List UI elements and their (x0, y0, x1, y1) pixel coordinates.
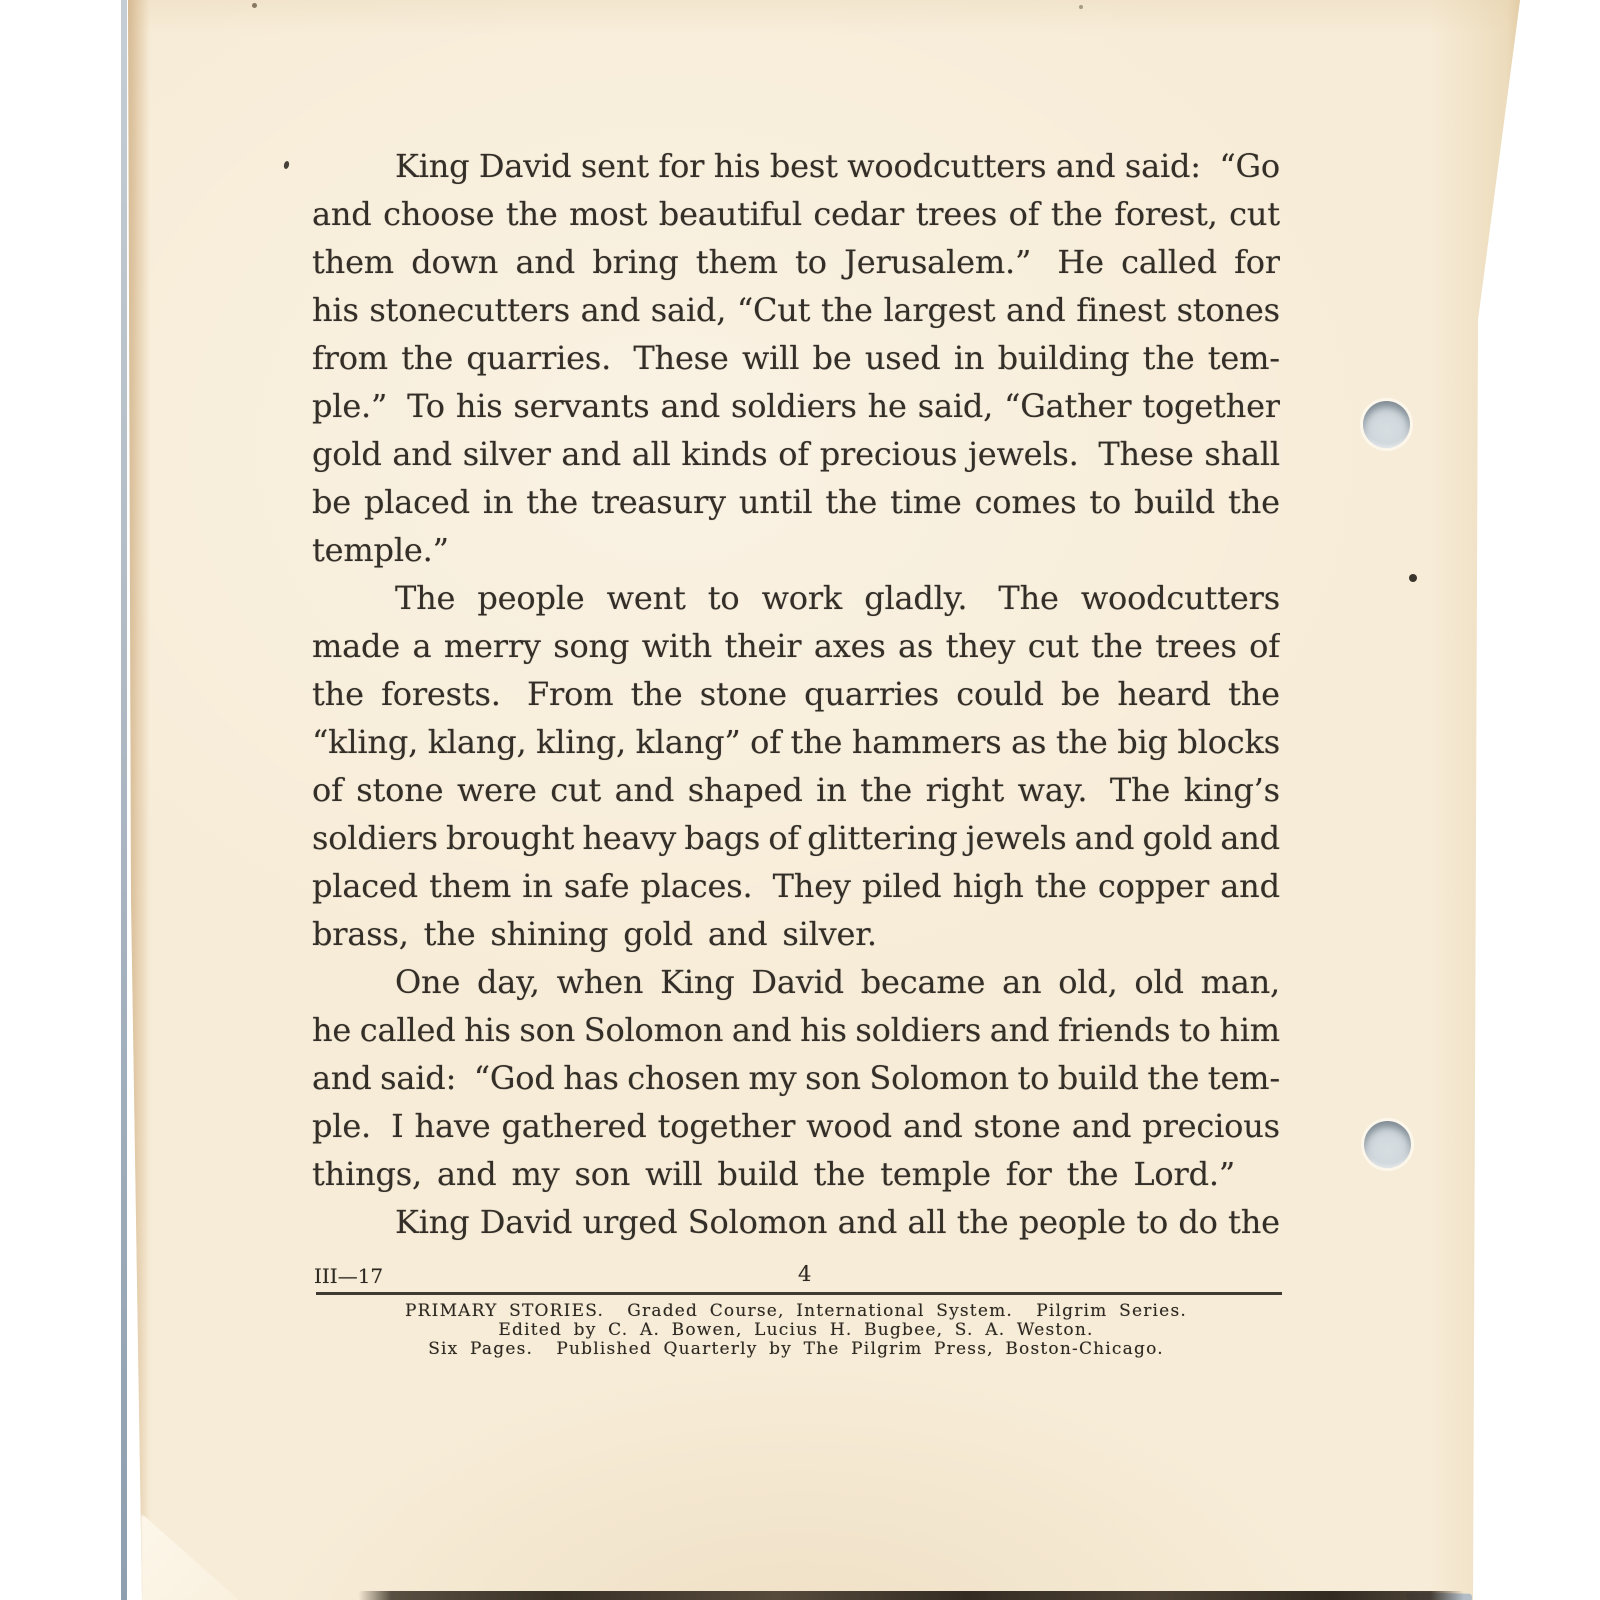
word: together (1142, 382, 1280, 430)
word: old (1134, 958, 1183, 1006)
text-line: “kling,klang,kling,klang”ofthehammersast… (312, 718, 1280, 766)
word: be (312, 478, 351, 526)
text-line: things, and my son will build the temple… (312, 1150, 1280, 1198)
word: treasury (591, 478, 726, 526)
word: kling, (536, 718, 626, 766)
word: copper (1098, 862, 1209, 910)
word: as (1011, 718, 1046, 766)
word: Solomon (584, 1006, 724, 1054)
paper-speck (1079, 5, 1083, 9)
word: the (1228, 670, 1280, 718)
word: “Cut (737, 286, 811, 334)
word: piled (862, 862, 941, 910)
word: they (946, 622, 1016, 670)
word: The (998, 574, 1058, 622)
word: King (395, 142, 469, 190)
scan-background: KingDavidsentforhisbestwoodcuttersandsai… (0, 0, 1600, 1600)
word: has (563, 1054, 619, 1102)
word: cedar (813, 190, 904, 238)
word: high (953, 862, 1024, 910)
paper-speck (283, 160, 290, 169)
word: to (1017, 1054, 1049, 1102)
word: largest (883, 286, 995, 334)
word: soldiers (312, 814, 438, 862)
word: in (954, 334, 984, 382)
text-line: theforests.Fromthestonequarriescouldbehe… (312, 670, 1280, 718)
word: gathered (501, 1102, 646, 1150)
word: most (569, 190, 647, 238)
word: the (825, 478, 877, 526)
word: cut (1028, 622, 1079, 670)
word: and (903, 1102, 963, 1150)
word: sent (581, 142, 649, 190)
word: his (800, 1006, 847, 1054)
word: and (838, 1198, 898, 1246)
text-line: ple.Ihavegatheredtogetherwoodandstoneand… (312, 1102, 1280, 1150)
text-line: KingDavidurgedSolomonandallthepeopletodo… (312, 1198, 1280, 1246)
word: stone (700, 670, 787, 718)
word: and (312, 190, 372, 238)
word: old, (1058, 958, 1117, 1006)
page-left-edge (126, 0, 150, 1600)
word: his (456, 382, 503, 430)
word: and (660, 382, 720, 430)
word: have (415, 1102, 491, 1150)
text-line: goldandsilverandallkindsofpreciousjewels… (312, 430, 1280, 478)
word: urged (583, 1198, 678, 1246)
word: his (312, 286, 359, 334)
word: places. (641, 862, 753, 910)
word: to (1179, 1006, 1211, 1054)
word: man, (1201, 958, 1280, 1006)
word: Jerusalem.” (844, 238, 1031, 286)
word: gold (1142, 814, 1212, 862)
word: them (312, 238, 394, 286)
word: the (526, 478, 578, 526)
word: he (868, 382, 907, 430)
word: cut (550, 766, 601, 814)
word: To (407, 382, 445, 430)
word: the (957, 1198, 1009, 1246)
word: cut (1229, 190, 1280, 238)
word: his (714, 142, 761, 190)
word: merry (444, 622, 541, 670)
book-page: KingDavidsentforhisbestwoodcuttersandsai… (0, 0, 1600, 1600)
word: David (480, 1198, 573, 1246)
word: “Gather (1004, 382, 1131, 430)
word: big (1117, 718, 1168, 766)
word: for (1234, 238, 1280, 286)
text-line: temple.” (312, 526, 1280, 574)
word: and (561, 430, 621, 478)
word: quarries (804, 670, 939, 718)
word: of (312, 766, 343, 814)
word: an (1002, 958, 1041, 1006)
word: time (890, 478, 962, 526)
word: finest (1076, 286, 1166, 334)
word: Solomon (688, 1198, 828, 1246)
word: heavy (582, 814, 676, 862)
word: them (429, 862, 511, 910)
imprint-line-editors: Edited by C. A. Bowen, Lucius H. Bugbee,… (312, 1321, 1280, 1340)
punch-hole-top (1363, 401, 1410, 448)
word: to (795, 238, 827, 286)
word: I (391, 1102, 403, 1150)
word: the (821, 286, 873, 334)
word: will (742, 334, 799, 382)
story-text: KingDavidsentforhisbestwoodcuttersandsai… (312, 142, 1280, 1246)
word: people (1019, 1198, 1126, 1246)
word: from (312, 334, 388, 382)
under-page-edge (121, 0, 127, 1600)
word: and (1056, 142, 1116, 190)
word: These (1098, 430, 1193, 478)
word: with (642, 622, 712, 670)
word: David (479, 142, 572, 190)
word: klang” (636, 718, 741, 766)
word: day, (477, 958, 540, 1006)
word: hammers (852, 718, 1002, 766)
word: of (750, 718, 781, 766)
word: soldiers (855, 1006, 981, 1054)
word: choose (383, 190, 494, 238)
text-line: fromthequarries.Thesewillbeusedinbuildin… (312, 334, 1280, 382)
word: friends (1058, 1006, 1170, 1054)
text-line: KingDavidsentforhisbestwoodcuttersandsai… (312, 142, 1280, 190)
word: were (457, 766, 537, 814)
word: gold (312, 430, 382, 478)
word: The (395, 574, 455, 622)
word: klang, (428, 718, 527, 766)
word: shall (1204, 430, 1280, 478)
word: the (631, 670, 683, 718)
word: and (615, 766, 675, 814)
word: They (773, 862, 851, 910)
word: went (607, 574, 686, 622)
word: precious (820, 430, 958, 478)
word: in (522, 862, 552, 910)
word: build (1134, 478, 1215, 526)
word: placed (364, 478, 470, 526)
word: These (633, 334, 728, 382)
word: said: (380, 1054, 456, 1102)
word: heard (1117, 670, 1210, 718)
word: and (516, 238, 576, 286)
word: comes (975, 478, 1077, 526)
word: trees (916, 190, 997, 238)
word: his (464, 1006, 511, 1054)
word: all (907, 1198, 946, 1246)
word: King (395, 1198, 469, 1246)
word: beautiful (659, 190, 802, 238)
word: in (816, 766, 846, 814)
section-number: III—17 (314, 1259, 383, 1293)
word: trees (1155, 622, 1236, 670)
word: axes (814, 622, 886, 670)
word: together (658, 1102, 796, 1150)
word: their (724, 622, 801, 670)
word: stone (974, 1102, 1061, 1150)
text-line: Thepeoplewenttoworkgladly.Thewoodcutters (312, 574, 1280, 622)
page-bottom-edge (358, 1591, 1464, 1600)
word: the (401, 334, 453, 382)
word: ple. (312, 1102, 371, 1150)
word: Solomon (869, 1054, 1009, 1102)
word: soldiers (731, 382, 857, 430)
word: to (1089, 478, 1121, 526)
word: a (413, 622, 432, 670)
word: said: (1125, 142, 1201, 190)
text-line: themdownandbringthemtoJerusalem.”Hecalle… (312, 238, 1280, 286)
word: to (1136, 1198, 1168, 1246)
word: them (696, 238, 778, 286)
paper-speck (1409, 574, 1417, 582)
word: jewels (966, 814, 1067, 862)
word: the (860, 766, 912, 814)
word: woodcutters (1081, 574, 1280, 622)
text-line: brass, the shining gold and silver. (312, 910, 1280, 958)
word: silver (463, 430, 551, 478)
text-line: hecalledhissonSolomonandhissoldiersandfr… (312, 1006, 1280, 1054)
word: until (739, 478, 813, 526)
word: One (395, 958, 460, 1006)
word: as (898, 622, 933, 670)
word: said, (918, 382, 993, 430)
word: and (1220, 814, 1280, 862)
word: safe (564, 862, 629, 910)
word: servants (513, 382, 649, 430)
text-line: Oneday,whenKingDavidbecameanold,oldman, (312, 958, 1280, 1006)
word: King (660, 958, 734, 1006)
word: of (1009, 190, 1040, 238)
word: and (581, 286, 641, 334)
word: the (506, 190, 558, 238)
word: called (1121, 238, 1217, 286)
word: David (751, 958, 844, 1006)
word: of (1249, 622, 1280, 670)
word: and (1220, 862, 1280, 910)
punch-hole-bottom (1364, 1121, 1411, 1168)
word: The (1110, 766, 1170, 814)
word: chosen (627, 1054, 740, 1102)
word: stonecutters (369, 286, 570, 334)
word: be (1061, 670, 1100, 718)
word: do (1178, 1198, 1217, 1246)
text-line: beplacedinthetreasuryuntilthetimecomesto… (312, 478, 1280, 526)
word: and (990, 1006, 1050, 1054)
word: precious (1142, 1102, 1280, 1150)
word: could (956, 670, 1044, 718)
text-line: madeamerrysongwiththeiraxesastheycutthet… (312, 622, 1280, 670)
word: the (1228, 1198, 1280, 1246)
text-line: hisstonecuttersandsaid,“Cutthelargestand… (312, 286, 1280, 334)
word: blocks (1177, 718, 1280, 766)
word: forest, (1114, 190, 1217, 238)
word: building (998, 334, 1130, 382)
word: the (1051, 190, 1103, 238)
word: ple.” (312, 382, 387, 430)
word: forests. (381, 670, 501, 718)
word: brought (446, 814, 574, 862)
word: made (312, 622, 400, 670)
word: song (553, 622, 629, 670)
word: build (1058, 1054, 1139, 1102)
word: people (477, 574, 584, 622)
text-line: ofstonewerecutandshapedintherightway.The… (312, 766, 1280, 814)
word: He (1057, 238, 1103, 286)
word: bags (684, 814, 760, 862)
word: stone (356, 766, 443, 814)
word: for (658, 142, 704, 190)
footer-rule (316, 1292, 1282, 1295)
word: the (1056, 718, 1108, 766)
text-line: andsaid:“GodhaschosenmysonSolomontobuild… (312, 1054, 1280, 1102)
word: called (360, 1006, 456, 1054)
word: shaped (688, 766, 803, 814)
word: of (768, 814, 799, 862)
word: the (1143, 334, 1195, 382)
word: him (1219, 1006, 1280, 1054)
word: when (557, 958, 644, 1006)
word: and (392, 430, 452, 478)
word: son (805, 1054, 861, 1102)
word: From (527, 670, 613, 718)
word: and (1075, 814, 1135, 862)
word: the (1091, 622, 1143, 670)
word: be (813, 334, 852, 382)
word: of (778, 430, 809, 478)
word: in (483, 478, 513, 526)
word: stones (1177, 286, 1280, 334)
word: all (632, 430, 671, 478)
word: and (312, 1054, 372, 1102)
word: and (1072, 1102, 1132, 1150)
word: “kling, (312, 718, 418, 766)
word: the (312, 670, 364, 718)
corner-fold (141, 1513, 239, 1600)
word: and (1006, 286, 1066, 334)
word: bring (592, 238, 678, 286)
word: the (1228, 478, 1280, 526)
word: way. (1018, 766, 1088, 814)
word: became (861, 958, 986, 1006)
imprint-line-publisher: Six Pages. Published Quarterly by The Pi… (312, 1340, 1280, 1359)
word: gladly. (864, 574, 967, 622)
word: the (1147, 1054, 1199, 1102)
word: kinds (681, 430, 767, 478)
word: glittering (807, 814, 957, 862)
word: “Go (1219, 142, 1280, 190)
imprint-line-series: PRIMARY STORIES. Graded Course, Internat… (312, 1302, 1280, 1321)
word: right (926, 766, 1005, 814)
word: my (748, 1054, 796, 1102)
word: woodcutters (847, 142, 1046, 190)
imprint-block: PRIMARY STORIES. Graded Course, Internat… (312, 1302, 1280, 1359)
word: son (519, 1006, 575, 1054)
page-right-edge (1430, 0, 1520, 1600)
text-line: ple.”Tohisservantsandsoldiershesaid,“Gat… (312, 382, 1280, 430)
text-line: soldiersbroughtheavybagsofglitteringjewe… (312, 814, 1280, 862)
word: jewels. (968, 430, 1079, 478)
word: to (708, 574, 740, 622)
word: quarries. (466, 334, 611, 382)
word: said, (651, 286, 726, 334)
word: best (770, 142, 838, 190)
word: the (1035, 862, 1087, 910)
paper-speck (252, 3, 257, 8)
word: “God (474, 1054, 555, 1102)
word: the (790, 718, 842, 766)
page-number: 4 (798, 1257, 811, 1291)
text-line: andchoosethemostbeautifulcedartreesofthe… (312, 190, 1280, 238)
word: work (762, 574, 843, 622)
word: he (312, 1006, 351, 1054)
word: and (732, 1006, 792, 1054)
word: down (411, 238, 498, 286)
word: wood (806, 1102, 892, 1150)
text-line: placedtheminsafeplaces.Theypiledhighthec… (312, 862, 1280, 910)
word: tem- (1208, 334, 1280, 382)
word: tem- (1208, 1054, 1280, 1102)
word: used (865, 334, 941, 382)
word: placed (312, 862, 418, 910)
word: king’s (1184, 766, 1280, 814)
